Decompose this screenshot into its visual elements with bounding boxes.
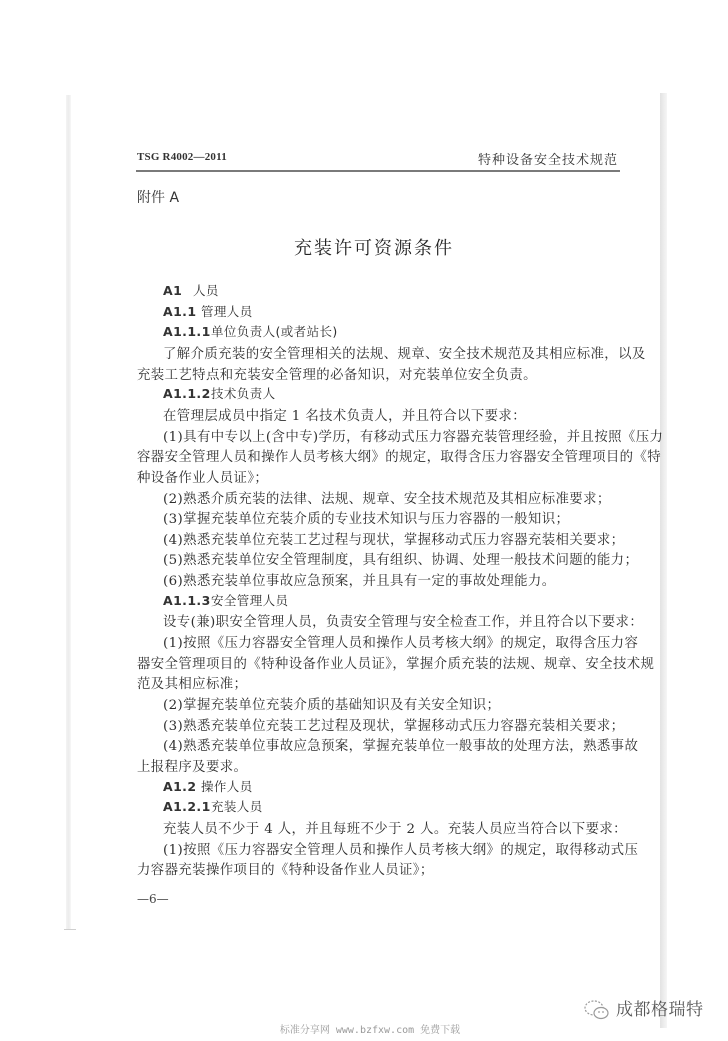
section-heading: A1.1.3安全管理人员	[163, 591, 288, 609]
paragraph-continuation: 范及其相应标准；	[137, 673, 247, 692]
document-page: TSG R4002—2011 特种设备安全技术规范 附件 A 充装许可资源条件 …	[0, 0, 728, 1041]
section-heading: A1.2操作人员	[163, 777, 253, 795]
section-heading: A1.1.1单位负责人(或者站长)	[163, 322, 338, 340]
paragraph-continuation: 充装工艺特点和充装安全管理的必备知识，对充装单位安全负责。	[137, 364, 537, 383]
section-title: 技术负责人	[211, 386, 276, 401]
section-title: 人员	[193, 283, 219, 298]
section-number: A1.1.1	[163, 324, 211, 339]
paragraph-line: 充装人员不少于 4 人，并且每班不少于 2 人。充装人员应当符合以下要求：	[163, 818, 627, 837]
paragraph-continuation: 种设备作业人员证》；	[137, 467, 268, 486]
paragraph-line: (4)熟悉充装单位事故应急预案，掌握充装单位一般事故的处理方法，熟悉事故	[163, 735, 638, 754]
paragraph-continuation: 上报程序及要求。	[137, 756, 247, 775]
paragraph-continuation: 容器安全管理人员和操作人员考核大纲》的规定，取得含压力容器安全管理项目的《特	[137, 446, 661, 465]
page-number: —6—	[137, 892, 169, 906]
section-number: A1.2	[163, 779, 201, 794]
paragraph-line: (1)具有中专以上(含中专)学历，有移动式压力容器充装管理经验，并且按照《压力	[163, 426, 663, 445]
paragraph-line: (5)熟悉充装单位安全管理制度，具有组织、协调、处理一般技术问题的能力；	[163, 549, 638, 568]
paragraph-line: (3)掌握充装单位充装介质的专业技术知识与压力容器的一般知识；	[163, 508, 569, 527]
watermark-brand: 成都格瑞特	[616, 995, 704, 1020]
paragraph-line: (4)熟悉充装单位充装工艺过程与现状，掌握移动式压力容器充装相关要求；	[163, 529, 624, 548]
section-heading: A1人员	[163, 281, 219, 299]
wechat-icon	[583, 999, 611, 1021]
header-rule	[136, 170, 620, 172]
paragraph-continuation: 器安全管理项目的《特种设备作业人员证》，掌握介质充装的法规、规章、安全技术规	[137, 653, 654, 672]
section-number: A1	[163, 283, 193, 298]
paragraph-line: (6)熟悉充装单位事故应急预案，并且具有一定的事故处理能力。	[163, 570, 556, 589]
paragraph-line: (2)掌握充装单位充装介质的基础知识及有关安全知识；	[163, 694, 500, 713]
section-number: A1.2.1	[163, 799, 211, 814]
section-title: 安全管理人员	[211, 593, 288, 608]
appendix-label: 附件 A	[137, 187, 179, 207]
section-number: A1.1.2	[163, 386, 211, 401]
paragraph-line: 了解介质充装的安全管理相关的法规、规章、安全技术规范及其相应标准，以及	[163, 343, 646, 362]
paragraph-continuation: 力容器充装操作项目的《特种设备作业人员证》；	[137, 859, 434, 878]
section-title: 操作人员	[201, 779, 253, 794]
paragraph-line: 在管理层成员中指定 1 名技术负责人，并且符合以下要求：	[163, 405, 526, 424]
section-title: 单位负责人(或者站长)	[211, 324, 338, 339]
standard-code: TSG R4002—2011	[137, 151, 227, 163]
watermark-footer: 标准分享网 www.bzfxw.com 免费下载	[0, 1021, 728, 1036]
paragraph-line: (3)熟悉充装单位充装工艺过程及现状，掌握移动式压力容器充装相关要求；	[163, 715, 624, 734]
section-heading: A1.2.1充装人员	[163, 797, 263, 815]
paragraph-line: 设专(兼)职安全管理人员，负责安全管理与安全检查工作，并且符合以下要求：	[163, 611, 643, 630]
section-number: A1.1.3	[163, 593, 211, 608]
section-heading: A1.1.2技术负责人	[163, 384, 276, 402]
standard-series: 特种设备安全技术规范	[478, 149, 618, 168]
section-heading: A1.1管理人员	[163, 302, 253, 320]
paragraph-line: (1)按照《压力容器安全管理人员和操作人员考核大纲》的规定，取得含压力容	[163, 632, 638, 651]
paragraph-line: (2)熟悉介质充装的法律、法规、规章、安全技术规范及其相应标准要求；	[163, 488, 611, 507]
paragraph-line: (1)按照《压力容器安全管理人员和操作人员考核大纲》的规定，取得移动式压	[163, 839, 638, 858]
section-title: 充装人员	[211, 799, 263, 814]
section-title: 管理人员	[201, 304, 253, 319]
section-number: A1.1	[163, 304, 201, 319]
page-title: 充装许可资源条件	[0, 234, 728, 260]
